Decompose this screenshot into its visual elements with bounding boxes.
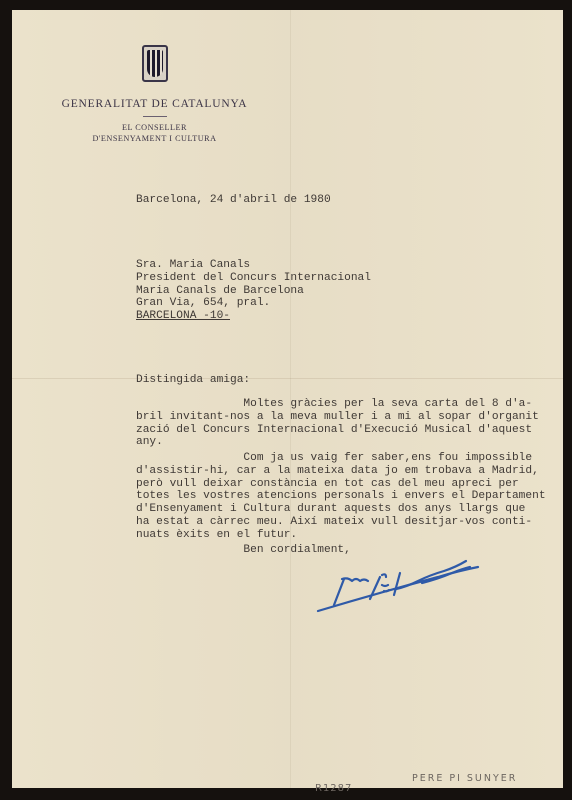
recipient-street: Gran Via, 654, pral.: [136, 297, 270, 309]
author-annotation: PERE PI SUNYER: [412, 773, 517, 784]
fold-line: [12, 378, 563, 379]
handwritten-signature-icon: [312, 555, 482, 615]
p2-line: Com ja us vaig fer saber,ens fou impossi…: [136, 452, 532, 464]
institution-name: GENERALITAT DE CATALUNYA: [12, 98, 297, 110]
p2-line: nuats èxits en el futur.: [136, 529, 297, 541]
p1-line: any.: [136, 436, 163, 448]
office-line-2: D'ENSENYAMENT I CULTURA: [12, 134, 297, 143]
office-line-1: EL CONSELLER: [12, 123, 297, 132]
date-line: Barcelona, 24 d'abril de 1980: [136, 194, 331, 207]
recipient-name: Sra. Maria Canals: [136, 259, 250, 271]
recipient-address: Sra. Maria Canals President del Concurs …: [136, 259, 371, 323]
salutation: Distingida amiga:: [136, 374, 250, 387]
recipient-title: President del Concurs Internacional: [136, 272, 371, 284]
header-divider: [143, 116, 167, 117]
recipient-org: Maria Canals de Barcelona: [136, 285, 304, 297]
letter-page: GENERALITAT DE CATALUNYA EL CONSELLER D'…: [12, 10, 563, 788]
paragraph-2: Com ja us vaig fer saber,ens fou impossi…: [136, 452, 546, 542]
p2-line: ha estat a càrrec meu. Així mateix vull …: [136, 516, 532, 528]
p1-line: zació del Concurs Internacional d'Execuc…: [136, 424, 532, 436]
recipient-city: BARCELONA -10-: [136, 310, 230, 322]
paragraph-1: Moltes gràcies per la seva carta del 8 d…: [136, 398, 539, 449]
p2-line: d'assistir-hi, car a la mateixa data jo …: [136, 465, 539, 477]
p1-line: Moltes gràcies per la seva carta del 8 d…: [136, 398, 532, 410]
catalonia-crest-icon: [142, 45, 168, 82]
p2-line: d'Ensenyament i Cultura durant aquests d…: [136, 503, 525, 515]
p1-line: bril invitant-nos a la meva muller i a m…: [136, 411, 539, 423]
p2-line: però vull deixar constància en tot cas d…: [136, 478, 519, 490]
p2-line: totes les vostres atencions personals i …: [136, 490, 546, 502]
archive-reference: R1287: [315, 783, 352, 794]
